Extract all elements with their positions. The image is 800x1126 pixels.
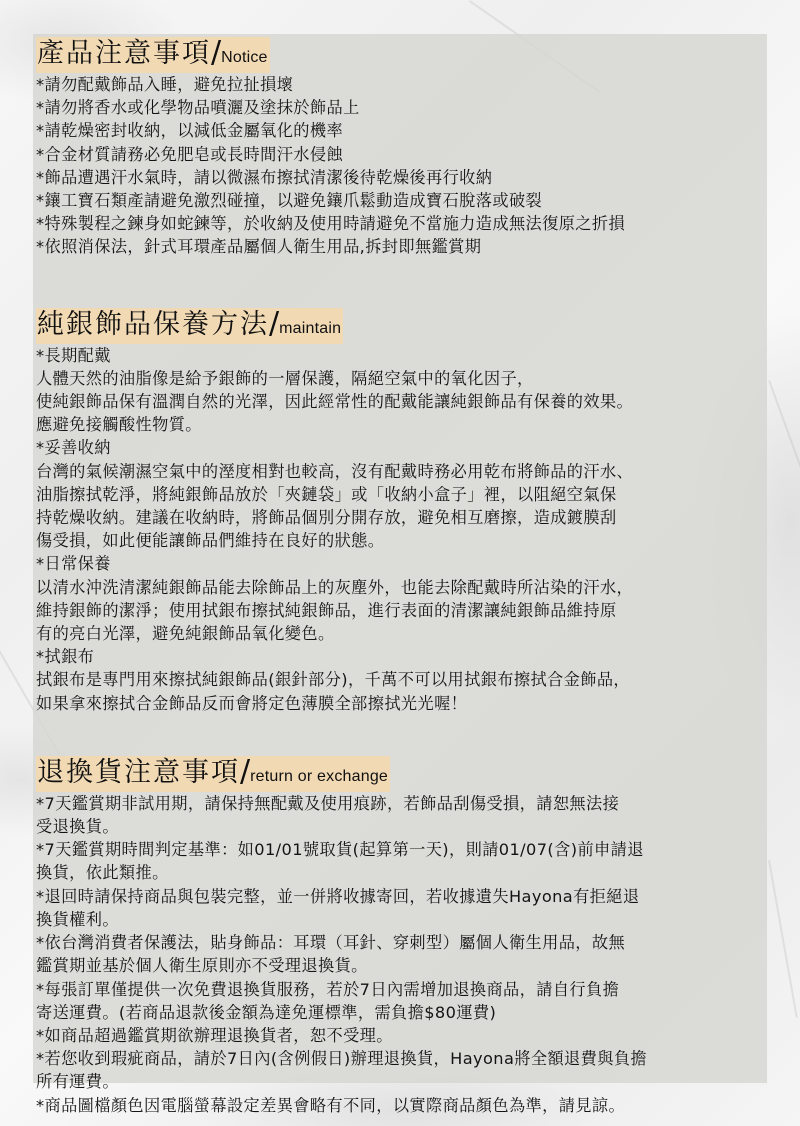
list-item: *7天鑑賞期時間判定基準：如01/01號取貨(起算第一天)，則請01/07(含)… (36, 838, 767, 861)
section-return-exchange: 退換貨注意事項/return or exchange *7天鑑賞期非試用期，請保… (36, 756, 767, 1117)
subheading-long-term-wear: *長期配戴 (36, 344, 767, 367)
notice-panel: 產品注意事項/Notice *請勿配戴飾品入睡，避免拉扯損壞 *請勿將香水或化學… (33, 34, 767, 1083)
heading-zh: 純銀飾品保養方法 (37, 309, 269, 340)
marble-vein (768, 860, 798, 1018)
paragraph-line: 維持銀飾的潔淨；使用拭銀布擦拭純銀飾品，進行表面的清潔讓純銀飾品維持原 (36, 599, 767, 622)
list-item: 換貨權利。 (36, 908, 767, 931)
list-item: 換貨，依此類推。 (36, 861, 767, 884)
subheading-daily-care: *日常保養 (36, 552, 767, 575)
list-item: *若您收到瑕疵商品，請於7日內(含例假日)辦理退換貨，Hayona將全額退費與負… (36, 1047, 767, 1070)
subheading-polishing-cloth: *拭銀布 (36, 645, 767, 668)
list-item: *請勿配戴飾品入睡，避免拉扯損壞 (36, 73, 767, 96)
maintain-list: *長期配戴 人體天然的油脂像是給予銀飾的一層保護，隔絕空氣中的氧化因子， 使純銀… (36, 344, 767, 715)
list-item: *特殊製程之鍊身如蛇鍊等，於收納及使用時請避免不當施力造成無法復原之折損 (36, 212, 767, 235)
paragraph-line: 持乾燥收納。建議在收納時，將飾品個別分開存放，避免相互磨擦，造成鍍膜刮 (36, 506, 767, 529)
return-list: *7天鑑賞期非試用期，請保持無配戴及使用痕跡，若飾品刮傷受損，請恕無法接 受退換… (36, 792, 767, 1117)
list-item: 寄送運費。(若商品退款後金額為達免運標準，需負擔$80運費) (36, 1001, 767, 1024)
list-item: *請乾燥密封收納，以減低金屬氧化的機率 (36, 119, 767, 142)
list-item: *退回時請保持商品與包裝完整，並一併將收據寄回，若收據遺失Hayona有拒絕退 (36, 885, 767, 908)
section-heading: 產品注意事項/Notice (36, 37, 270, 73)
section-heading: 退換貨注意事項/return or exchange (36, 756, 390, 792)
list-item: *7天鑑賞期非試用期，請保持無配戴及使用痕跡，若飾品刮傷受損，請恕無法接 (36, 792, 767, 815)
list-item: 受退換貨。 (36, 815, 767, 838)
heading-en: Notice (221, 49, 268, 66)
heading-separator: / (269, 306, 279, 341)
heading-en: maintain (279, 320, 341, 337)
section-heading: 純銀飾品保養方法/maintain (36, 308, 343, 344)
heading-separator: / (240, 754, 250, 789)
list-item: *合金材質請務必免肥皂或長時間汗水侵蝕 (36, 143, 767, 166)
paragraph-line: 人體天然的油脂像是給予銀飾的一層保護，隔絕空氣中的氧化因子， (36, 367, 767, 390)
list-item: *依台灣消費者保護法，貼身飾品：耳環（耳針、穿刺型）屬個人衛生用品，故無 (36, 931, 767, 954)
marble-vein (768, 380, 800, 587)
section-notice: 產品注意事項/Notice *請勿配戴飾品入睡，避免拉扯損壞 *請勿將香水或化學… (36, 37, 767, 259)
heading-en: return or exchange (250, 768, 388, 785)
paragraph-line: 油脂擦拭乾淨，將純銀飾品放於「夾鏈袋」或「收納小盒子」裡，以阻絕空氣保 (36, 483, 767, 506)
heading-zh: 產品注意事項 (37, 38, 211, 69)
heading-separator: / (211, 35, 221, 70)
paragraph-line: 應避免接觸酸性物質。 (36, 413, 767, 436)
list-item: *請勿將香水或化學物品噴灑及塗抹於飾品上 (36, 96, 767, 119)
section-maintain: 純銀飾品保養方法/maintain *長期配戴 人體天然的油脂像是給予銀飾的一層… (36, 308, 767, 715)
paragraph-line: 拭銀布是專門用來擦拭純銀飾品(銀針部分)，千萬不可以用拭銀布擦拭合金飾品， (36, 668, 767, 691)
paragraph-line: 傷受損，如此便能讓飾品們維持在良好的狀態。 (36, 529, 767, 552)
list-item: *依照消保法，針式耳環產品屬個人衛生用品,拆封即無鑑賞期 (36, 235, 767, 258)
paragraph-line: 台灣的氣候潮濕空氣中的溼度相對也較高，沒有配戴時務必用乾布將飾品的汗水、 (36, 460, 767, 483)
paragraph-line: 使純銀飾品保有溫潤自然的光澤，因此經常性的配戴能讓純銀飾品有保養的效果。 (36, 390, 767, 413)
list-item: *飾品遭遇汗水氣時，請以微濕布擦拭清潔後待乾燥後再行收納 (36, 166, 767, 189)
paragraph-line: 有的亮白光澤，避免純銀飾品氧化變色。 (36, 622, 767, 645)
paragraph-line: 如果拿來擦拭合金飾品反而會將定色薄膜全部擦拭光光喔！ (36, 692, 767, 715)
list-item: 鑑賞期並基於個人衛生原則亦不受理退換貨。 (36, 954, 767, 977)
list-item: *如商品超過鑑賞期欲辦理退換貨者，恕不受理。 (36, 1024, 767, 1047)
list-item: *鑲工寶石類產請避免激烈碰撞，以避免鑲爪鬆動造成寶石脫落或破裂 (36, 189, 767, 212)
paragraph-line: 以清水沖洗清潔純銀飾品能去除飾品上的灰塵外，也能去除配戴時所沾染的汗水， (36, 576, 767, 599)
notice-list: *請勿配戴飾品入睡，避免拉扯損壞 *請勿將香水或化學物品噴灑及塗抹於飾品上 *請… (36, 73, 767, 259)
heading-zh: 退換貨注意事項 (37, 757, 240, 788)
list-item: *每張訂單僅提供一次免費退換貨服務，若於7日內需增加退換商品，請自行負擔 (36, 978, 767, 1001)
subheading-storage: *妥善收納 (36, 436, 767, 459)
list-item: 所有運費。 (36, 1070, 767, 1093)
list-item: *商品圖檔顏色因電腦螢幕設定差異會略有不同，以實際商品顏色為準，請見諒。 (36, 1094, 767, 1117)
